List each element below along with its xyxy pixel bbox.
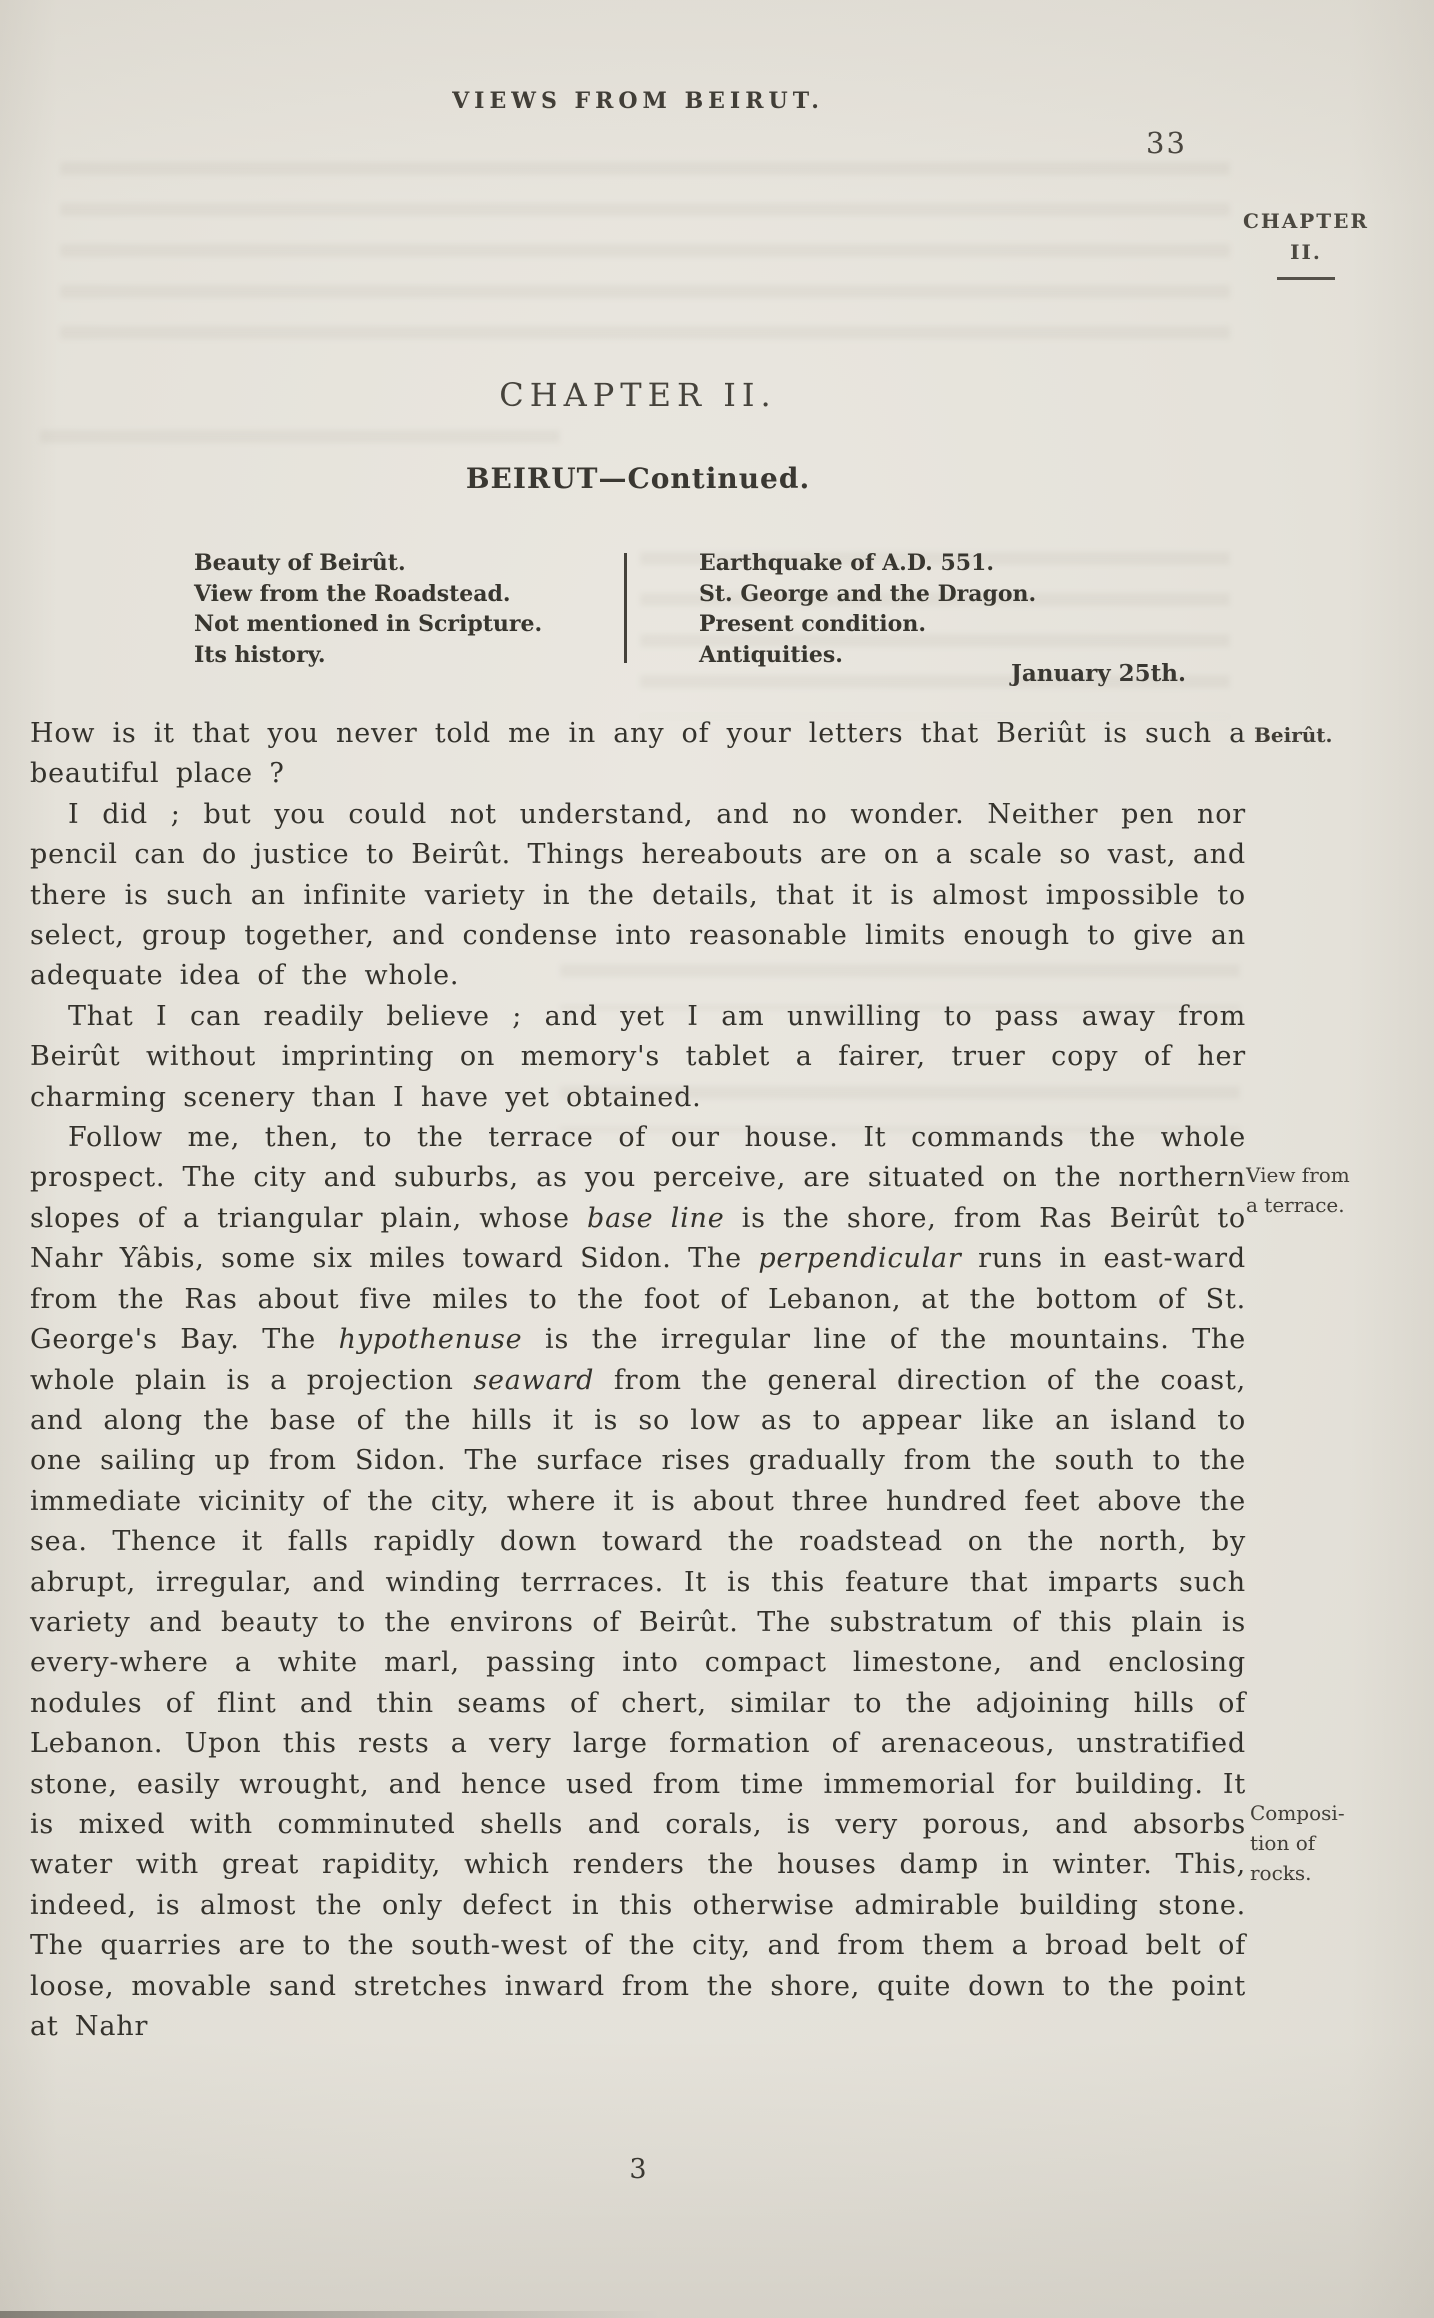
paragraph: I did ; but you could not understand, an… — [30, 795, 1246, 997]
text-run: from the general direction of the coast,… — [30, 1365, 1246, 2043]
contents-item: View from the Roadstead. — [194, 579, 624, 610]
scan-edge-shadow — [0, 2311, 660, 2318]
margin-chapter-line1: CHAPTER — [1236, 206, 1376, 237]
paragraph: That I can readily believe ; and yet I a… — [30, 997, 1246, 1118]
book-page: VIEWS FROM BEIRUT. 33 CHAPTER II. CHAPTE… — [0, 0, 1434, 2318]
chapter-contents: Beauty of Beirût.View from the Roadstead… — [30, 548, 1246, 670]
margin-chapter-line2: II. — [1236, 237, 1376, 268]
bleedthrough-texture — [60, 162, 1230, 347]
text-run: How is it that you never told me in any … — [30, 718, 1246, 789]
margin-chapter-label: CHAPTER II. — [1236, 206, 1376, 280]
paragraph: How is it that you never told me in any … — [30, 714, 1246, 795]
signature-mark: 3 — [30, 2154, 1246, 2185]
body-text: How is it that you never told me in any … — [30, 714, 1246, 2047]
margin-note-comp-line1: Composi- — [1250, 1798, 1345, 1828]
text-run: base line — [587, 1203, 725, 1234]
contents-left: Beauty of Beirût.View from the Roadstead… — [194, 548, 624, 670]
contents-right: Earthquake of A.D. 551.St. George and th… — [627, 548, 1036, 670]
margin-note-view: View from a terrace. — [1246, 1160, 1350, 1220]
text-run: perpendicular — [758, 1243, 961, 1274]
margin-note-view-line1: View from — [1246, 1160, 1350, 1190]
paragraph: Follow me, then, to the terrace of our h… — [30, 1118, 1246, 2047]
margin-note-composition: Composi- tion of rocks. — [1250, 1798, 1345, 1888]
margin-chapter-rule — [1277, 277, 1335, 280]
text-run: seaward — [473, 1365, 594, 1396]
chapter-title: CHAPTER II. — [30, 376, 1246, 414]
running-header: VIEWS FROM BEIRUT. — [30, 88, 1246, 114]
chapter-subtitle: BEIRUT—Continued. — [30, 462, 1246, 495]
text-run: That I can readily believe ; and yet I a… — [30, 1001, 1246, 1113]
contents-item: Earthquake of A.D. 551. — [699, 548, 1036, 579]
contents-item: Beauty of Beirût. — [194, 548, 624, 579]
text-run: I did ; but you could not understand, an… — [30, 799, 1246, 992]
contents-item: Present condition. — [699, 609, 1036, 640]
page-number: 33 — [1146, 126, 1187, 160]
contents-item: Not mentioned in Scripture. — [194, 609, 624, 640]
contents-item: St. George and the Dragon. — [699, 579, 1036, 610]
letter-date: January 25th. — [30, 660, 1186, 687]
margin-note-beirut: Beirût. — [1254, 720, 1333, 750]
margin-note-comp-line3: rocks. — [1250, 1858, 1345, 1888]
text-run: hypothenuse — [339, 1324, 523, 1355]
margin-note-view-line2: a terrace. — [1246, 1190, 1350, 1220]
margin-note-comp-line2: tion of — [1250, 1828, 1345, 1858]
